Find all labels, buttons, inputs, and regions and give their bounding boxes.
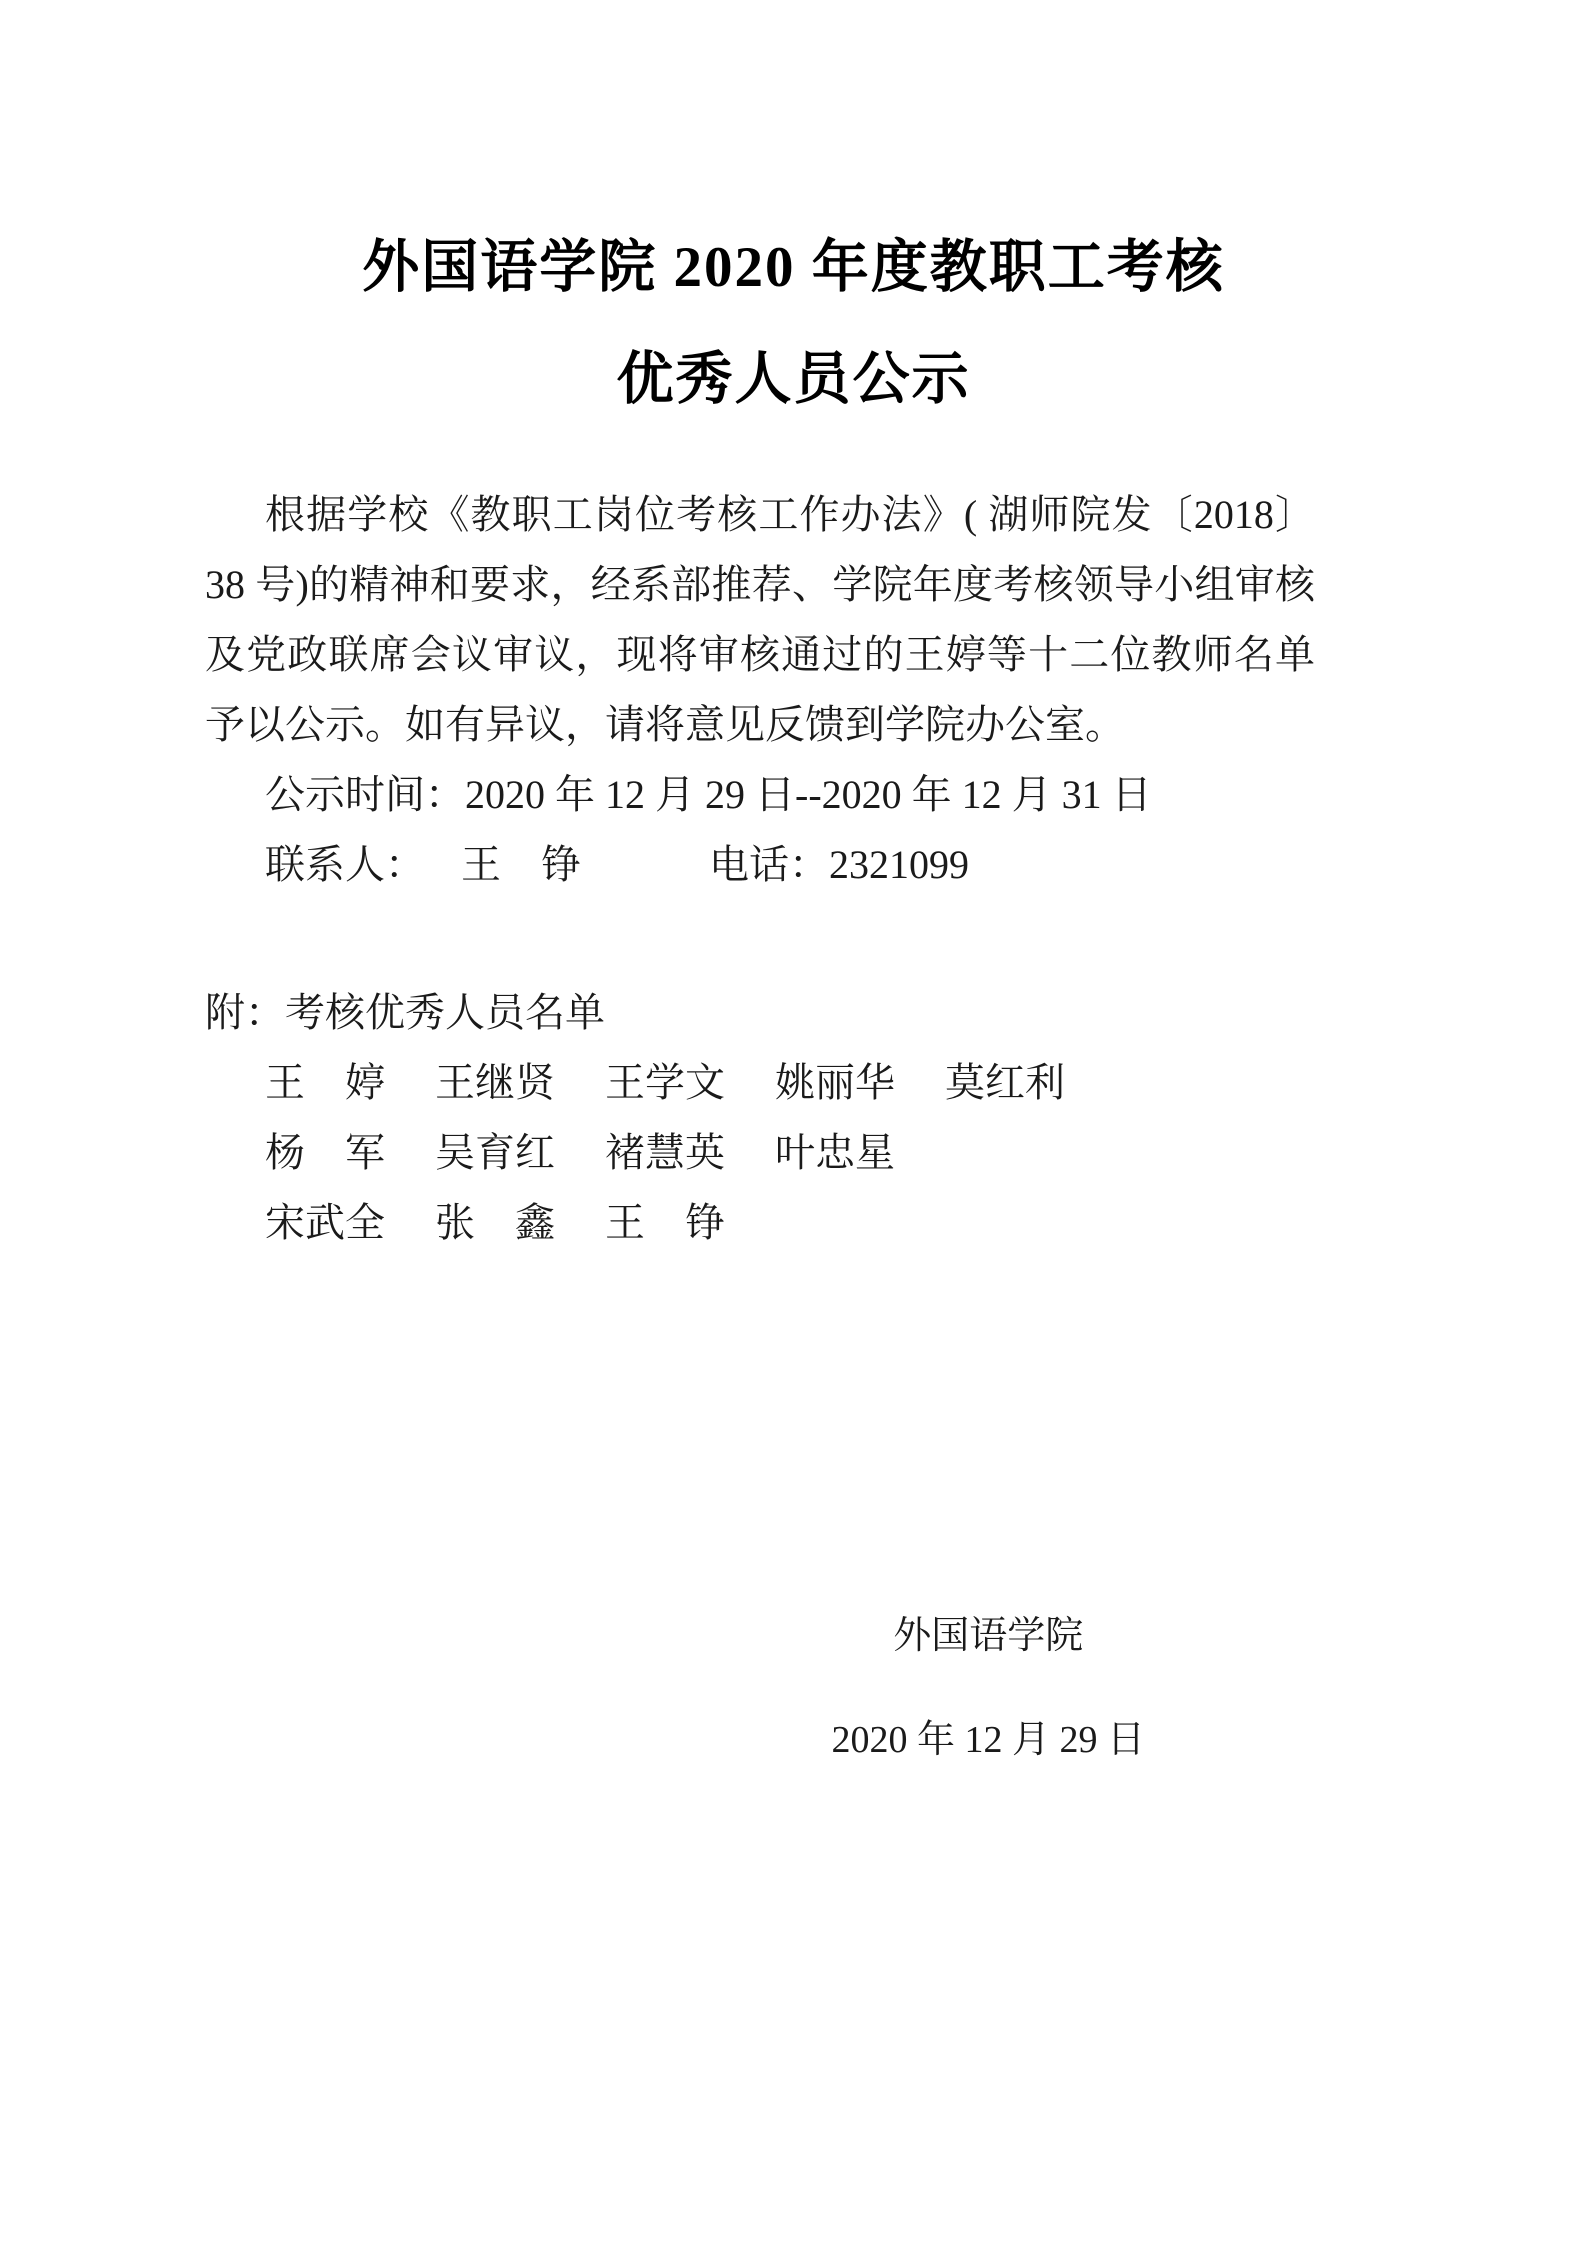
title-line-2: 优秀人员公示 [205, 324, 1382, 436]
name-row-1: 王 婷 王继贤 王学文 姚丽华 莫红利 [205, 1048, 1315, 1118]
phone-number: 2321099 [829, 842, 969, 887]
publicity-period-label: 公示时间： [265, 772, 465, 817]
name-row-2: 杨 军 吴育红 褚慧英 叶忠星 [205, 1118, 1315, 1188]
signature-org: 外国语学院 [831, 1601, 1145, 1671]
name-row-3: 宋武全 张 鑫 王 铮 [205, 1188, 1315, 1258]
awardee-name-list: 王 婷 王继贤 王学文 姚丽华 莫红利 杨 军 吴育红 褚慧英 叶忠星 宋武全 … [205, 1048, 1315, 1258]
document-title: 外国语学院 2020 年度教职工考核 优秀人员公示 [205, 212, 1382, 436]
phone-label: 电话： [709, 842, 829, 887]
document-body: 根据学校《教职工岗位考核工作办法》( 湖师院发〔2018〕38 号)的精神和要求… [205, 480, 1315, 1775]
signature-date: 2020 年 12 月 29 日 [831, 1705, 1145, 1775]
attachment-heading: 附：考核优秀人员名单 [205, 978, 1315, 1048]
publicity-period-value: 2020 年 12 月 29 日--2020 年 12 月 31 日 [465, 772, 1152, 817]
announcement-paragraph: 根据学校《教职工岗位考核工作办法》( 湖师院发〔2018〕38 号)的精神和要求… [205, 480, 1315, 760]
announcement-page: 外国语学院 2020 年度教职工考核 优秀人员公示 根据学校《教职工岗位考核工作… [0, 0, 1587, 2245]
contact-name: 王 铮 [461, 842, 581, 887]
phone-group: 电话：2321099 [709, 842, 969, 887]
contact-line: 联系人：王 铮电话：2321099 [205, 830, 1315, 900]
title-line-1: 外国语学院 2020 年度教职工考核 [205, 212, 1382, 324]
publicity-period-line: 公示时间：2020 年 12 月 29 日--2020 年 12 月 31 日 [205, 760, 1315, 830]
signature-block: 外国语学院 2020 年 12 月 29 日 [831, 1601, 1145, 1775]
contact-label: 联系人： [265, 842, 425, 887]
